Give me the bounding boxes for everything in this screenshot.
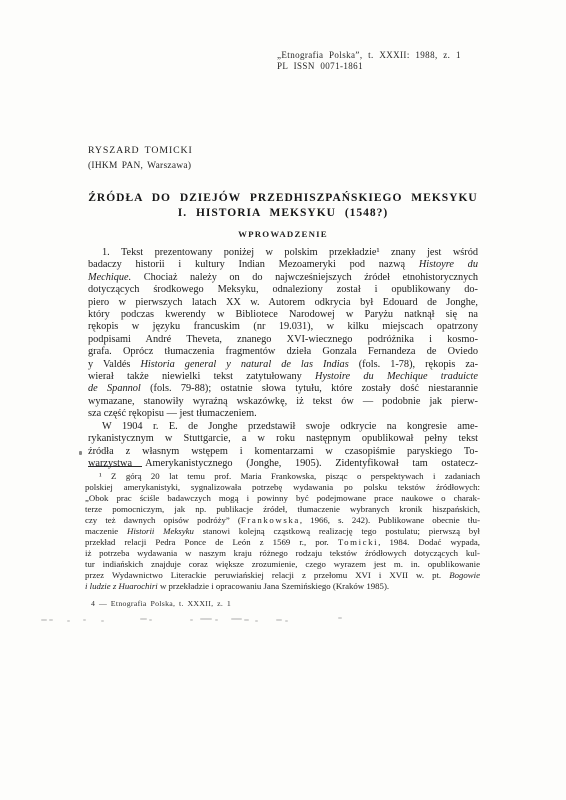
- text-segment: rękopis w języku francuskim (nr 19.031),…: [88, 321, 478, 332]
- text-segment: Tomicki: [338, 537, 378, 547]
- text-segment: warzystwa Amerykanistycznego (Jonghe, 19…: [88, 458, 478, 469]
- text-segment: maczenie: [85, 526, 127, 536]
- footnote-text: ¹ Z górą 20 lat temu prof. Maria Frankow…: [85, 471, 480, 593]
- text-segment: , 1966, s. 242). Publikowane obecnie tłu…: [300, 515, 480, 525]
- text-line: Mechique. Chociaż należy on do najwcześn…: [88, 272, 478, 284]
- text-line: przez Wydawnictwo Literackie peruwiański…: [85, 570, 480, 581]
- text-segment: przez Wydawnictwo Literackie peruwiański…: [85, 570, 449, 580]
- text-segment: polskiej amerykanistyki, sygnalizowała p…: [85, 482, 480, 492]
- text-segment: iż potrzeba wydawania w naszym kraju róż…: [85, 548, 480, 558]
- scan-artifact: [101, 620, 104, 622]
- scan-artifact: [67, 620, 70, 622]
- italic-text: Bogowie: [449, 570, 480, 580]
- text-segment: 1. Tekst prezentowany poniżej w polskim …: [102, 247, 478, 258]
- italic-text: Histoyre du: [419, 259, 478, 270]
- text-segment: W 1904 r. E. de Jonghe przedstawił swoje…: [102, 421, 478, 432]
- text-line: dotyczących środkowego Meksyku, odnalezi…: [88, 284, 478, 296]
- scan-artifact: [83, 619, 86, 621]
- article-title: ŹRÓDŁA DO DZIEJÓW PRZEDHISZPAŃSKIEGO MEK…: [73, 191, 493, 221]
- scan-artifact: [255, 620, 258, 622]
- text-segment: wierał także niewielki tekst zatytułowan…: [88, 371, 315, 382]
- author-name: RYSZARD TOMICKI: [88, 145, 193, 156]
- author-block: RYSZARD TOMICKI (IHKM PAN, Warszawa): [88, 145, 193, 171]
- text-line: sza część rękopisu — jest tłumaczeniem.: [88, 408, 478, 420]
- text-segment: w przekładzie i opracowaniu Jana Szemińs…: [158, 581, 389, 591]
- text-segment: dotyczących środkowego Meksyku, odnalezi…: [88, 284, 478, 295]
- text-segment: Chociaż należy on do najwcześniejszych ź…: [131, 272, 478, 283]
- text-line: piero w pierwszych latach XX w. Autorem …: [88, 297, 478, 309]
- page-footer-signature: 4 — Etnografia Polska, t. XXXII, z. 1: [91, 599, 231, 608]
- text-segment: , 1984. Dodać wypada,: [378, 537, 480, 547]
- text-line: tur indiańskich znajduje coraz większe z…: [85, 559, 480, 570]
- body-text: 1. Tekst prezentowany poniżej w polskim …: [88, 247, 478, 470]
- text-line: źródła z własnym wstępem i komentarzami …: [88, 446, 478, 458]
- text-line: czy też dawnych opisów podróży” (Frankow…: [85, 515, 480, 526]
- text-segment: podpisami André Theveta, znanego XVI-wie…: [88, 334, 478, 345]
- text-line: warzystwa Amerykanistycznego (Jonghe, 19…: [88, 458, 478, 470]
- text-segment: y Valdés: [88, 359, 140, 370]
- text-segment: grafa. Oprócz tłumaczenia fragmentów dzi…: [88, 346, 478, 357]
- text-line: badaczy historii i kultury Indian Mezoam…: [88, 259, 478, 271]
- journal-issn: PL ISSN 0071-1861: [277, 61, 461, 72]
- article-title-line1: ŹRÓDŁA DO DZIEJÓW PRZEDHISZPAŃSKIEGO MEK…: [73, 191, 493, 206]
- scan-artifact: [149, 619, 152, 621]
- text-line: polskiej amerykanistyki, sygnalizowała p…: [85, 482, 480, 493]
- text-segment: badaczy historii i kultury Indian Mezoam…: [88, 259, 419, 270]
- scan-artifact: [41, 619, 47, 621]
- text-segment: tur indiańskich znajduje coraz większe z…: [85, 559, 480, 569]
- journal-citation-line1: „Etnografia Polska”, t. XXXII: 1988, z. …: [277, 50, 461, 61]
- text-segment: wymazane, stanowiły wyraźną wskazówkę, i…: [88, 396, 478, 407]
- scanned-document-page: „Etnografia Polska”, t. XXXII: 1988, z. …: [0, 0, 566, 800]
- text-segment: sza część rękopisu — jest tłumaczeniem.: [88, 408, 257, 419]
- text-segment: który podczas kwerendy w Bibliotece Naro…: [88, 309, 478, 320]
- paragraph: W 1904 r. E. de Jonghe przedstawił swoje…: [88, 421, 478, 471]
- scan-artifact: [276, 619, 282, 621]
- text-line: de Spannol (fols. 79-88); ostatnie słowa…: [88, 383, 478, 395]
- text-line: ¹ Z górą 20 lat temu prof. Maria Frankow…: [85, 471, 480, 482]
- text-segment: źródła z własnym wstępem i komentarzami …: [88, 446, 478, 457]
- article-title-line2: I. HISTORIA MEKSYKU (1548?): [73, 206, 493, 221]
- scan-artifact: [338, 617, 342, 619]
- text-segment: „Obok prac ściśle badawczych mogą i powi…: [85, 493, 480, 503]
- text-segment: Frankowska: [241, 515, 300, 525]
- author-affiliation: (IHKM PAN, Warszawa): [88, 161, 193, 171]
- text-line: rękopis w języku francuskim (nr 19.031),…: [88, 321, 478, 333]
- text-line: 1. Tekst prezentowany poniżej w polskim …: [88, 247, 478, 259]
- text-line: który podczas kwerendy w Bibliotece Naro…: [88, 309, 478, 321]
- text-line: i ludzie z Huarochiri w przekładzie i op…: [85, 581, 480, 592]
- italic-text: Historii Meksyku: [127, 526, 194, 536]
- text-segment: przekład relacji Pedra Ponce de León z 1…: [85, 537, 338, 547]
- text-segment: czy też dawnych opisów podróży” (: [85, 515, 241, 525]
- text-line: rykanistycznym w Stuttgarcie, a w roku n…: [88, 433, 478, 445]
- italic-text: Historia general y natural de las Indias: [140, 359, 348, 370]
- text-line: wymazane, stanowiły wyraźną wskazówkę, i…: [88, 396, 478, 408]
- text-segment: rykanistycznym w Stuttgarcie, a w roku n…: [88, 433, 478, 444]
- scan-artifact: [140, 618, 147, 620]
- italic-text: i ludzie z Huarochiri: [85, 581, 158, 591]
- journal-citation: „Etnografia Polska”, t. XXXII: 1988, z. …: [277, 50, 461, 72]
- scan-artifact: [231, 618, 242, 620]
- text-line: „Obok prac ściśle badawczych mogą i powi…: [85, 493, 480, 504]
- paragraph: ¹ Z górą 20 lat temu prof. Maria Frankow…: [85, 471, 480, 593]
- scan-artifact: [49, 619, 53, 621]
- text-segment: ¹ Z górą 20 lat temu prof. Maria Frankow…: [99, 471, 480, 481]
- scan-artifact: [200, 618, 212, 620]
- text-line: W 1904 r. E. de Jonghe przedstawił swoje…: [88, 421, 478, 433]
- section-heading: WPROWADZENIE: [73, 229, 493, 239]
- text-line: terze pomocniczym, jak np. publikacje źr…: [85, 504, 480, 515]
- scan-artifact: [285, 620, 288, 622]
- scan-artifact: [215, 619, 218, 621]
- italic-text: de Spannol: [88, 383, 141, 394]
- scan-artifact: [190, 619, 193, 621]
- text-line: iż potrzeba wydawania w naszym kraju róż…: [85, 548, 480, 559]
- italic-text: Mechique.: [88, 272, 131, 283]
- paragraph: 1. Tekst prezentowany poniżej w polskim …: [88, 247, 478, 421]
- text-segment: terze pomocniczym, jak np. publikacje źr…: [85, 504, 480, 514]
- text-segment: piero w pierwszych latach XX w. Autorem …: [88, 297, 478, 308]
- text-line: przekład relacji Pedra Ponce de León z 1…: [85, 537, 480, 548]
- text-segment: (fols. 1-78), rękopis za-: [349, 359, 478, 370]
- text-segment: (fols. 79-88); ostatnie słowa tytułu, kt…: [141, 383, 478, 394]
- text-line: grafa. Oprócz tłumaczenia fragmentów dzi…: [88, 346, 478, 358]
- scan-artifact: [79, 451, 82, 455]
- text-line: y Valdés Historia general y natural de l…: [88, 359, 478, 371]
- text-segment: stanowi kolejną cząstkową realizację teg…: [194, 526, 480, 536]
- text-line: podpisami André Theveta, znanego XVI-wie…: [88, 334, 478, 346]
- scan-artifact: [244, 619, 249, 621]
- footnote-separator-rule: [88, 466, 142, 467]
- italic-text: Hystoire du Mechique traduicte: [315, 371, 478, 382]
- text-line: wierał także niewielki tekst zatytułowan…: [88, 371, 478, 383]
- text-line: maczenie Historii Meksyku stanowi kolejn…: [85, 526, 480, 537]
